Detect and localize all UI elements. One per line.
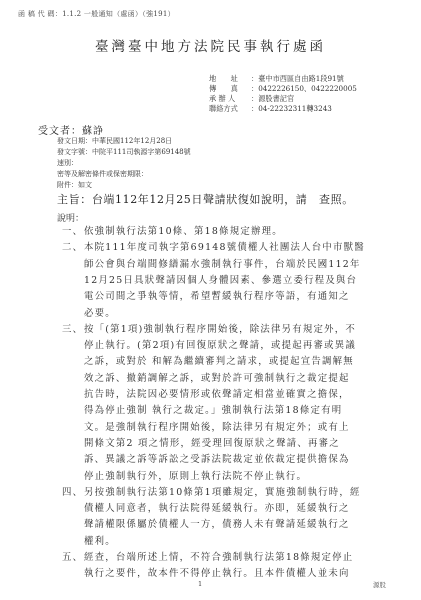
- item-number: 五、: [62, 549, 83, 563]
- meta-label: 發文字號：: [57, 148, 92, 156]
- item-line: 權利。: [84, 533, 116, 547]
- item-line: 得為停止強制 執行之裁定。」強制執行法第18條定有明: [84, 402, 342, 416]
- meta-label: 密等及解密條件或保密期限：: [57, 170, 148, 178]
- item-line: 開條文第2 項之情形，經受理回復原狀之聲請、再審之: [84, 435, 340, 449]
- item-line: 停止執行。(第2項)有回復原狀之聲請，或提起再審或異議: [84, 337, 356, 351]
- meta-label: 速別：: [57, 159, 78, 167]
- item-line: 訴、異議之訴等訴訟之受訴法院裁定並依裁定提供擔保為: [84, 451, 350, 465]
- contact-value: 04-22232311轉3243: [258, 104, 332, 113]
- contact-handler: 承 辦 人：源股書記官: [209, 94, 294, 104]
- item-line: 聲請權限係屬於債權人一方，債務人未有聲請延緩執行之: [84, 516, 350, 530]
- contact-address: 地 址：臺中市西區自由路1段91號: [209, 74, 344, 84]
- meta-classification: 密等及解密條件或保密期限：: [57, 169, 148, 179]
- contact-value: 0422226150、0422220005: [258, 84, 357, 93]
- item-line: 之訴，或對於 和解為繼續審判之請求，或提起宣告調解無: [84, 353, 354, 367]
- subject: 主旨：台端112年12月25日聲請狀復如說明，請 查照。: [57, 191, 354, 207]
- subject-label: 主旨：: [57, 193, 92, 206]
- meta-value: 中華民國112年12月28日: [92, 137, 172, 145]
- meta-date: 發文日期：中華民國112年12月28日: [57, 136, 172, 146]
- item-number: 二、: [62, 239, 83, 253]
- contact-value: 源股書記官: [258, 94, 294, 103]
- item-line: 另按強制執行法第10條第1項雖規定，實施強制執行時，經: [84, 484, 361, 498]
- contact-value: 臺中市西區自由路1段91號: [258, 74, 344, 83]
- item-line: 效之訴、撤銷調解之訴，或對於許可強制執行之裁定提起: [84, 370, 350, 384]
- item-number: 一、: [62, 223, 83, 237]
- footer-mark: 源股: [373, 580, 386, 589]
- item-line: 文。是強制執行程序開始後，除法律另有規定外；或有上: [84, 419, 350, 433]
- item-number: 四、: [62, 484, 83, 498]
- item-line: 電公司間之爭執等情，希望暫緩執行程序等語，有通知之: [84, 288, 350, 302]
- document-title: 臺灣臺中地方法院民事執行處函: [0, 35, 421, 55]
- item-number: 三、: [62, 321, 83, 335]
- contact-label: 地 址: [209, 74, 251, 84]
- form-code: 函 稿 代 碼：1.1.2 一般通知（處函）（強191）: [18, 9, 175, 19]
- meta-value: 如文: [78, 181, 92, 189]
- item-line: 停止強制執行外，原則上執行法院不停止執行。: [84, 468, 307, 482]
- meta-attachment: 附件：如文: [57, 180, 92, 190]
- contact-fax: 傳 真：0422226150、0422220005: [209, 84, 357, 94]
- contact-label: 承 辦 人: [209, 94, 251, 104]
- item-line: 經查，台端所述上情，不符合強制執行法第18條規定停止: [84, 549, 353, 563]
- item-line: 債權人同意者，執行法院得延緩執行。亦即，延緩執行之: [84, 500, 350, 514]
- meta-ref-number: 發文字號：中院平111司執源字第69148號: [57, 147, 191, 157]
- item-line: 必要。: [84, 305, 116, 319]
- item-line: 依強制執行法第10條、第18條規定辦理。: [84, 223, 283, 237]
- contact-label: 傳 真: [209, 84, 251, 94]
- item-line: 抗告時，法院因必要情形或依聲請定相當並確實之擔保，: [84, 386, 350, 400]
- page-number: 1: [198, 580, 202, 588]
- item-line: 本院111年度司執字第69148號債權人社團法人台中市獸醫: [84, 239, 365, 253]
- meta-label: 發文日期：: [57, 137, 92, 145]
- meta-value: 中院平111司執源字第69148號: [92, 148, 191, 156]
- recipient: 受文者：蘇諍: [38, 122, 104, 137]
- meta-speed: 速別：: [57, 158, 78, 168]
- item-line: 師公會與台端間修繕漏水強制執行事件，台端於民國112年: [84, 256, 361, 270]
- item-line: 執行之要件，故本件不得停止執行。且本件債權人並未向: [84, 565, 350, 579]
- contact-label: 聯絡方式: [209, 104, 251, 114]
- contact-phone: 聯絡方式：04-22232311轉3243: [209, 104, 332, 114]
- item-line: 12月25日具狀聲請因個人身體因素、參選立委行程及與台: [84, 272, 357, 286]
- subject-text: 台端112年12月25日聲請狀復如說明，請 查照。: [92, 193, 354, 206]
- item-line: 按「(第1項)強制執行程序開始後，除法律另有規定外，不: [84, 321, 356, 335]
- meta-label: 附件：: [57, 181, 78, 189]
